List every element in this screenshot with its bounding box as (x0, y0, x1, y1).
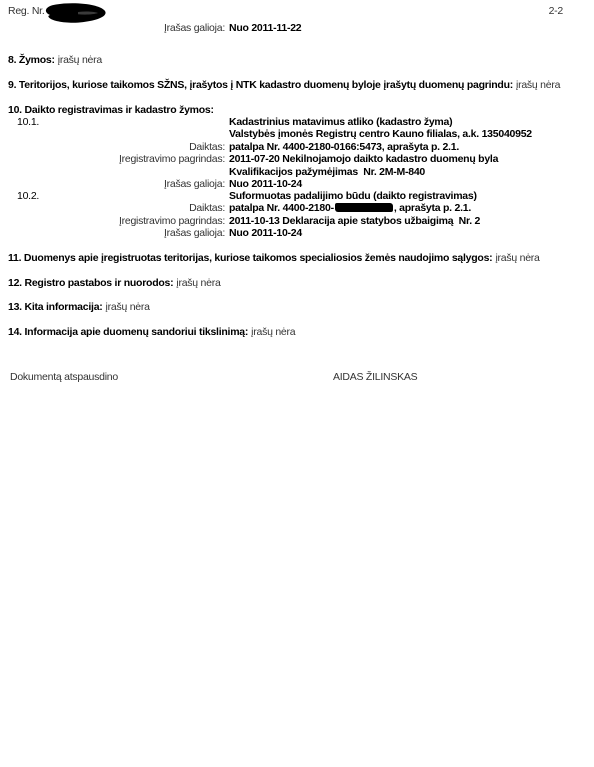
section-8-value: įrašų nėra (58, 54, 102, 66)
registration-basis-value: 2011-10-13 Deklaracija apie statybos užb… (229, 215, 588, 227)
object-value: patalpa Nr. 4400-2180-, aprašyta p. 2.1. (229, 202, 588, 214)
document-page: Reg. Nr. 2-2 Įrašas galioja: Nuo 2011-11… (0, 0, 594, 767)
entry-title: Kadastrinius matavimus atliko (kadastro … (229, 116, 588, 128)
record-valid-label: Įrašas galioja: (0, 227, 225, 239)
entry-institution: Valstybės įmonės Registrų centro Kauno f… (229, 128, 588, 140)
registration-basis-label: Įregistravimo pagrindas: (0, 215, 225, 227)
record-valid-value: Nuo 2011-10-24 (229, 178, 588, 190)
section-8-label: 8. Žymos: (8, 54, 55, 66)
printed-by-label: Dokumentą atspausdino (10, 371, 118, 383)
section-14: 14. Informacija apie duomenų sandoriui t… (8, 326, 586, 339)
record-valid-value: Nuo 2011-10-24 (229, 227, 588, 239)
entry-number: 10.2. (17, 190, 39, 202)
entry-rows: Suformuotas padalijimo būdu (daikto regi… (0, 190, 588, 240)
section-12-label: 12. Registro pastabos ir nuorodos: (8, 277, 173, 289)
entry-number: 10.1. (17, 116, 39, 128)
section-12-value: įrašų nėra (176, 277, 220, 289)
section-8: 8. Žymos:įrašų nėra (8, 54, 586, 67)
section-9-value: įrašų nėra (516, 79, 560, 91)
registry-entry-10-1: 10.1. Kadastrinius matavimus atliko (kad… (0, 116, 588, 190)
section-13-value: įrašų nėra (106, 301, 150, 313)
page-number: 2-2 (549, 5, 563, 17)
entry-title: Suformuotas padalijimo būdu (daikto regi… (229, 190, 588, 202)
footer-row: Dokumentą atspausdino AIDAS ŽILINSKAS (10, 371, 584, 384)
section-10-label: 10. Daikto registravimas ir kadastro žym… (8, 104, 214, 116)
section-9-label: 9. Teritorijos, kuriose taikomos SŽNS, į… (8, 79, 513, 91)
entry-rows: Kadastrinius matavimus atliko (kadastro … (0, 116, 588, 190)
object-value: patalpa Nr. 4400-2180-0166:5473, aprašyt… (229, 141, 588, 153)
redaction-mark (335, 203, 393, 212)
registry-entry-10-2: 10.2. Suformuotas padalijimo būdu (daikt… (0, 190, 588, 240)
section-13-label: 13. Kita informacija: (8, 301, 103, 313)
section-9: 9. Teritorijos, kuriose taikomos SŽNS, į… (8, 79, 586, 92)
printed-by-name: AIDAS ŽILINSKAS (333, 371, 417, 384)
object-label: Daiktas: (0, 141, 225, 153)
registration-basis-label: Įregistravimo pagrindas: (0, 153, 225, 165)
record-valid-label: Įrašas galioja: (0, 178, 225, 190)
section-12: 12. Registro pastabos ir nuorodos:įrašų … (8, 277, 586, 290)
registration-basis-value: 2011-07-20 Nekilnojamojo daikto kadastro… (229, 153, 588, 165)
section-11-value: įrašų nėra (495, 252, 539, 264)
section-11: 11. Duomenys apie įregistruotas teritori… (8, 252, 586, 265)
qualification-certificate: Kvalifikacijos pažymėjimas Nr. 2M-M-840 (229, 166, 588, 178)
section-14-label: 14. Informacija apie duomenų sandoriui t… (8, 326, 248, 338)
validity-label: Įrašas galioja: (0, 22, 225, 34)
redaction-scribble (40, 2, 108, 24)
section-14-value: įrašų nėra (251, 326, 295, 338)
section-13: 13. Kita informacija:įrašų nėra (8, 301, 586, 314)
object-label: Daiktas: (0, 202, 225, 214)
validity-row: Įrašas galioja: Nuo 2011-11-22 (0, 22, 588, 34)
validity-value: Nuo 2011-11-22 (229, 22, 588, 34)
section-11-label: 11. Duomenys apie įregistruotas teritori… (8, 252, 492, 264)
